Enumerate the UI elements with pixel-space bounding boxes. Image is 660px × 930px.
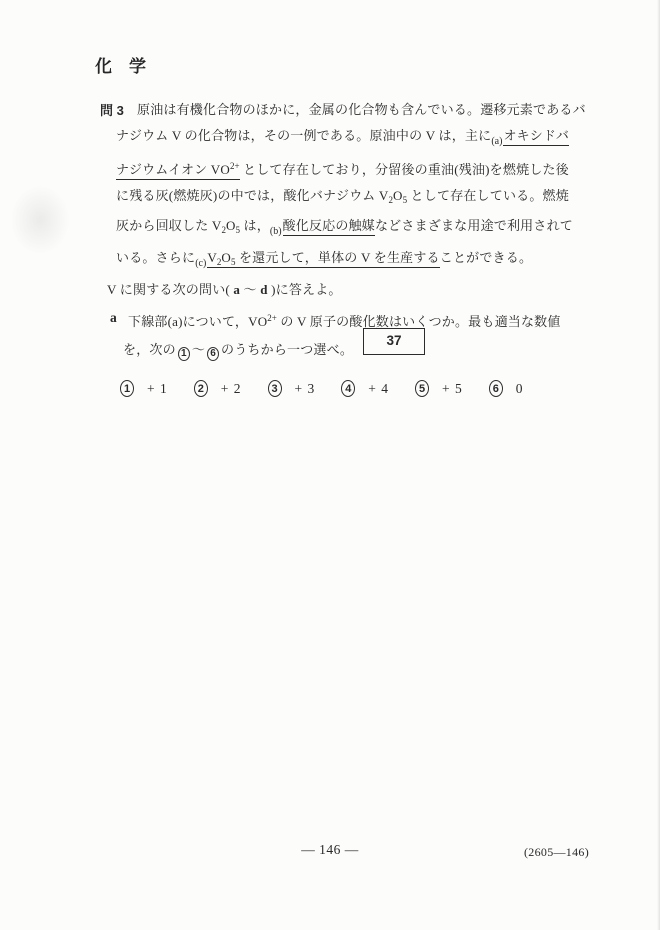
text-segment: を還元して，単体の V を生産する: [236, 250, 440, 265]
text-segment: として存在しており，分留後の重油(残油)を燃焼した後: [240, 162, 569, 177]
text-segment: d: [260, 282, 267, 297]
text-segment: の V 原子の酸化数はいくつか。最も適当な数値: [277, 314, 561, 329]
text-line: に残る灰(燃焼灰)の中では，酸化バナジウム V2O5 として存在している。燃焼: [116, 183, 620, 214]
text-segment: (c): [195, 258, 206, 269]
scan-smudge: [10, 185, 70, 255]
choice-option-4: 4+ 4: [341, 380, 389, 397]
text-segment: 2+: [267, 313, 277, 323]
text-segment: は，: [240, 218, 270, 233]
circled-number: 3: [268, 380, 282, 397]
text-segment: 原油は有機化合物のほかに，金属の化合物も含んでいる。遷移元素であるバ: [137, 102, 586, 117]
document-code: (2605—146): [524, 845, 589, 860]
circled-number: 2: [194, 380, 208, 397]
text-segment: 酸化反応の触媒: [283, 218, 375, 233]
underlined-text: V2O5 を還元して，単体の V を生産する: [207, 250, 439, 268]
text-segment: 2+: [230, 161, 240, 171]
question-number: 問 3: [100, 100, 124, 119]
text-line: ナジウム V の化合物は，その一例である。原油中の V は，主に(a)オキシドバ: [116, 123, 620, 155]
question-3: 問 3 原油は有機化合物のほかに，金属の化合物も含んでいる。遷移元素であるバナジ…: [100, 97, 620, 303]
choice-value: + 5: [442, 381, 463, 397]
sub-question-label: a: [110, 310, 117, 326]
answer-choices: 1+ 12+ 23+ 34+ 45+ 560: [120, 380, 524, 397]
choice-value: + 3: [295, 381, 316, 397]
circled-number: 1: [178, 347, 190, 361]
underlined-text: 酸化反応の触媒: [283, 218, 375, 236]
text-segment: として存在している。燃焼: [407, 188, 569, 203]
page-title: 化 学: [95, 52, 146, 77]
text-segment: )に答えよ。: [268, 282, 342, 297]
underlined-text: ナジウムイオン VO2+: [116, 162, 240, 180]
choice-value: + 4: [368, 381, 389, 397]
text-segment: (b): [270, 226, 282, 237]
text-segment: O: [226, 218, 236, 233]
text-line: いる。さらに(c)V2O5 を還元して，単体の V を生産することができる。: [116, 245, 620, 277]
text-segment: 下線部(a)について，VO: [128, 314, 267, 329]
text-segment: に残る灰(燃焼灰)の中では，酸化バナジウム V: [116, 188, 389, 203]
text-segment: O: [221, 250, 231, 265]
choice-option-5: 5+ 5: [415, 380, 463, 397]
text-line: ナジウムイオン VO2+ として存在しており，分留後の重油(残油)を燃焼した後: [116, 154, 620, 183]
text-segment: を，次の: [123, 342, 176, 357]
text-segment: ことができる。: [440, 250, 532, 265]
choice-option-2: 2+ 2: [194, 380, 242, 397]
choice-value: + 2: [221, 381, 242, 397]
exam-page: 化 学 問 3 原油は有機化合物のほかに，金属の化合物も含んでいる。遷移元素であ…: [0, 0, 660, 930]
sub-question-a: a 下線部(a)について，VO2+ の V 原子の酸化数はいくつか。最も適当な数…: [110, 306, 630, 362]
text-line: V に関する次の問い( a ～ d )に答えよ。: [107, 277, 620, 303]
text-segment: いる。さらに: [116, 250, 195, 265]
circled-number: 6: [489, 380, 503, 397]
text-line: 原油は有機化合物のほかに，金属の化合物も含んでいる。遷移元素であるバ: [137, 97, 620, 123]
text-segment: V: [207, 250, 217, 265]
circled-number: 6: [207, 347, 219, 361]
text-segment: ナジウムイオン VO: [116, 162, 230, 177]
text-segment: ～: [192, 342, 205, 357]
text-segment: V に関する次の問い(: [107, 282, 233, 297]
answer-box: 37: [363, 328, 425, 355]
question-3-text: 原油は有機化合物のほかに，金属の化合物も含んでいる。遷移元素であるバナジウム V…: [100, 97, 620, 303]
circled-number: 1: [120, 380, 134, 397]
text-segment: のうちから一つ選べ。: [221, 342, 353, 357]
text-segment: 灰から回収した V: [116, 218, 221, 233]
choice-option-6: 60: [489, 380, 524, 397]
text-segment: ナジウム V の化合物は，その一例である。原油中の V は，主に: [116, 128, 491, 143]
text-line: 灰から回収した V2O5 は，(b)酸化反応の触媒などさまざまな用途で利用されて: [116, 213, 620, 245]
text-segment: O: [393, 188, 403, 203]
circled-number: 5: [415, 380, 429, 397]
text-segment: ～: [240, 282, 260, 297]
text-segment: オキシドバ: [503, 128, 569, 143]
choice-option-1: 1+ 1: [120, 380, 168, 397]
circled-number: 4: [341, 380, 355, 397]
text-segment: (a): [491, 136, 502, 147]
choice-value: 0: [516, 381, 524, 397]
choice-option-3: 3+ 3: [268, 380, 316, 397]
choice-value: + 1: [147, 381, 168, 397]
underlined-text: オキシドバ: [503, 128, 569, 146]
text-segment: などさまざまな用途で利用されて: [375, 218, 573, 233]
